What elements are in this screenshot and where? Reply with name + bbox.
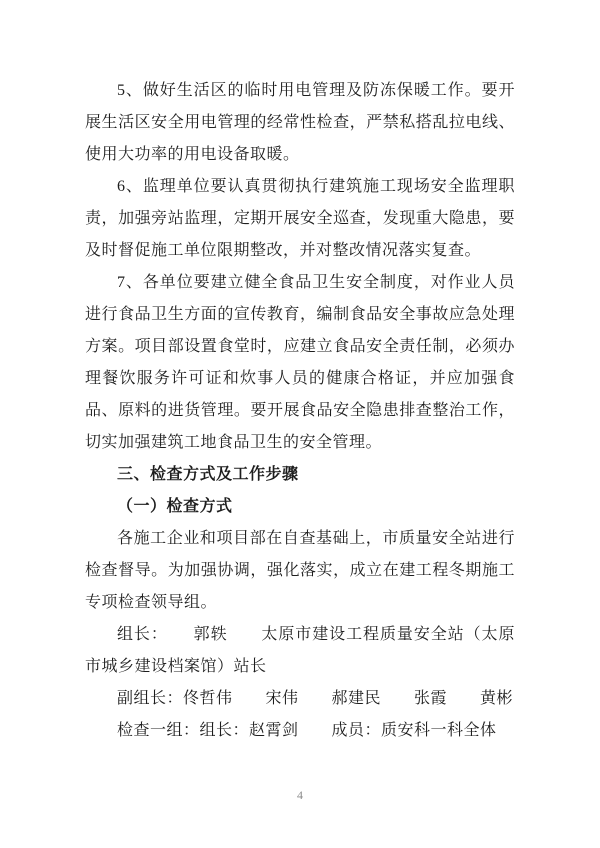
- paragraph-inspection-group-1: 检查一组：组长：赵霄剑 成员：质安科一科全体: [85, 715, 515, 747]
- paragraph-item-7: 7、各单位要建立健全食品卫生安全制度，对作业人员进行食品卫生方面的宣传教育，编制…: [85, 267, 515, 459]
- heading-subsection-1-inspection-method: （一）检查方式: [85, 491, 515, 523]
- paragraph-deputy-leaders: 副组长：佟哲伟 宋伟 郝建民 张霞 黄彬: [85, 683, 515, 715]
- page-number: 4: [0, 788, 600, 802]
- paragraph-inspection-leading-group: 各施工企业和项目部在自查基础上，市质量安全站进行检查督导。为加强协调，强化落实，…: [85, 523, 515, 619]
- heading-section-3-inspection-method-steps: 三、检查方式及工作步骤: [85, 459, 515, 491]
- paragraph-group-leader: 组长： 郭轶 太原市建设工程质量安全站（太原市城乡建设档案馆）站长: [85, 619, 515, 683]
- document-page: 5、做好生活区的临时用电管理及防冻保暖工作。要开展生活区安全用电管理的经常性检查…: [0, 0, 600, 848]
- paragraph-item-5: 5、做好生活区的临时用电管理及防冻保暖工作。要开展生活区安全用电管理的经常性检查…: [85, 75, 515, 171]
- paragraph-item-6: 6、监理单位要认真贯彻执行建筑施工现场安全监理职责，加强旁站监理，定期开展安全巡…: [85, 171, 515, 267]
